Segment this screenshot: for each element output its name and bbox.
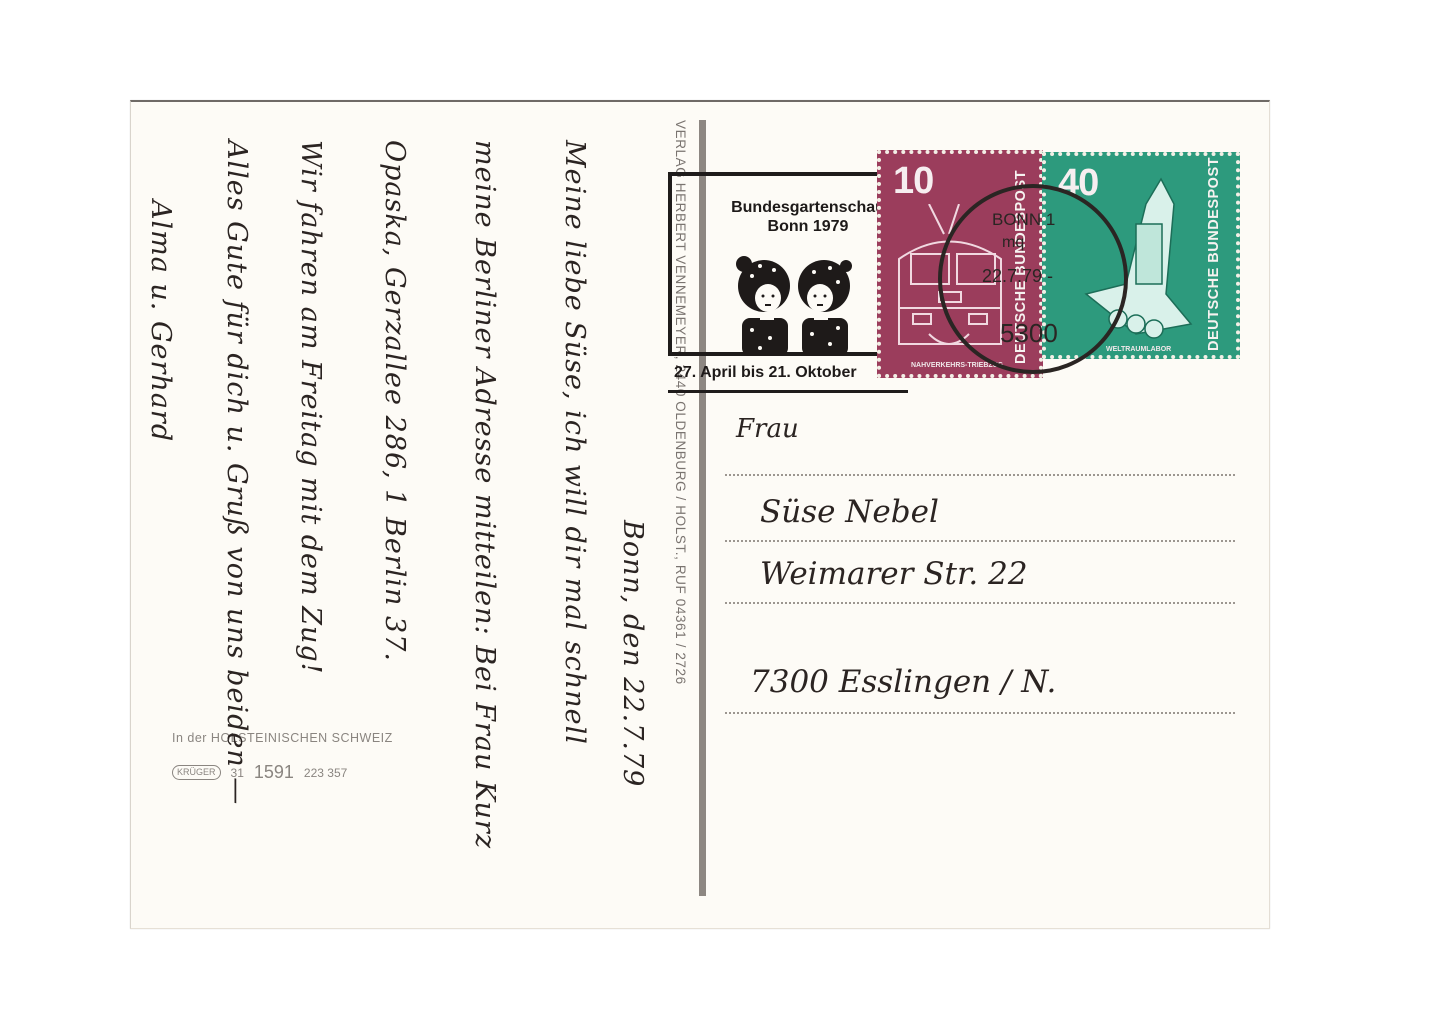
message-line: Alles Gute für dich u. Gruß von uns beid… xyxy=(221,140,252,805)
stamp-value: 10 xyxy=(893,160,933,203)
postmark-postcode: 5300 xyxy=(1000,318,1058,349)
address-city: 7300 Esslingen / N. xyxy=(750,664,1056,700)
message-signature: Alma u. Gerhard xyxy=(145,200,176,442)
postmark-date: 22.7.79 - xyxy=(982,266,1053,287)
slogan-cancellation: Bundesgartenschau Bonn 1979 27. Apri xyxy=(668,172,906,388)
stamp-caption: WELTRAUMLABOR xyxy=(1106,346,1171,353)
children-illustration-icon xyxy=(730,256,860,356)
address-line-1 xyxy=(725,474,1235,476)
address-line-2 xyxy=(725,540,1235,542)
message-line: Meine liebe Süse, ich will dir mal schne… xyxy=(559,140,590,745)
cancel-bottom-rule xyxy=(668,390,908,393)
message-line: meine Berliner Adresse mitteilen: Bei Fr… xyxy=(469,140,500,849)
address-street: Weimarer Str. 22 xyxy=(760,556,1028,592)
cancel-dates: 27. April bis 21. Oktober xyxy=(674,364,857,382)
publisher-logo: KRÜGER xyxy=(172,765,221,780)
message-line: Opaska, Gerzallee 286, 1 Berlin 37. xyxy=(379,140,410,662)
postmark-line2: mq xyxy=(1002,234,1024,252)
article-number: 1591 xyxy=(254,762,294,783)
message-line: Wir fahren am Freitag mit dem Zug! xyxy=(295,140,326,675)
stamp-country: DEUTSCHE BUNDESPOST xyxy=(1206,157,1222,351)
postmark-text: BONN 1 mq 22.7.79 - 5300 xyxy=(984,214,1098,352)
article-code: 223 357 xyxy=(304,766,347,780)
address-name: Süse Nebel xyxy=(760,494,939,530)
message-place-date: Bonn, den 22.7.79 xyxy=(617,520,648,787)
address-line-4 xyxy=(725,712,1235,714)
postmark-city: BONN 1 xyxy=(992,210,1055,230)
address-salutation: Frau xyxy=(736,414,799,444)
address-line-3 xyxy=(725,602,1235,604)
picture-caption: In der HOLSTEINISCHEN SCHWEIZ xyxy=(172,731,393,745)
article-info: KRÜGER 31 1591 223 357 xyxy=(172,762,347,783)
